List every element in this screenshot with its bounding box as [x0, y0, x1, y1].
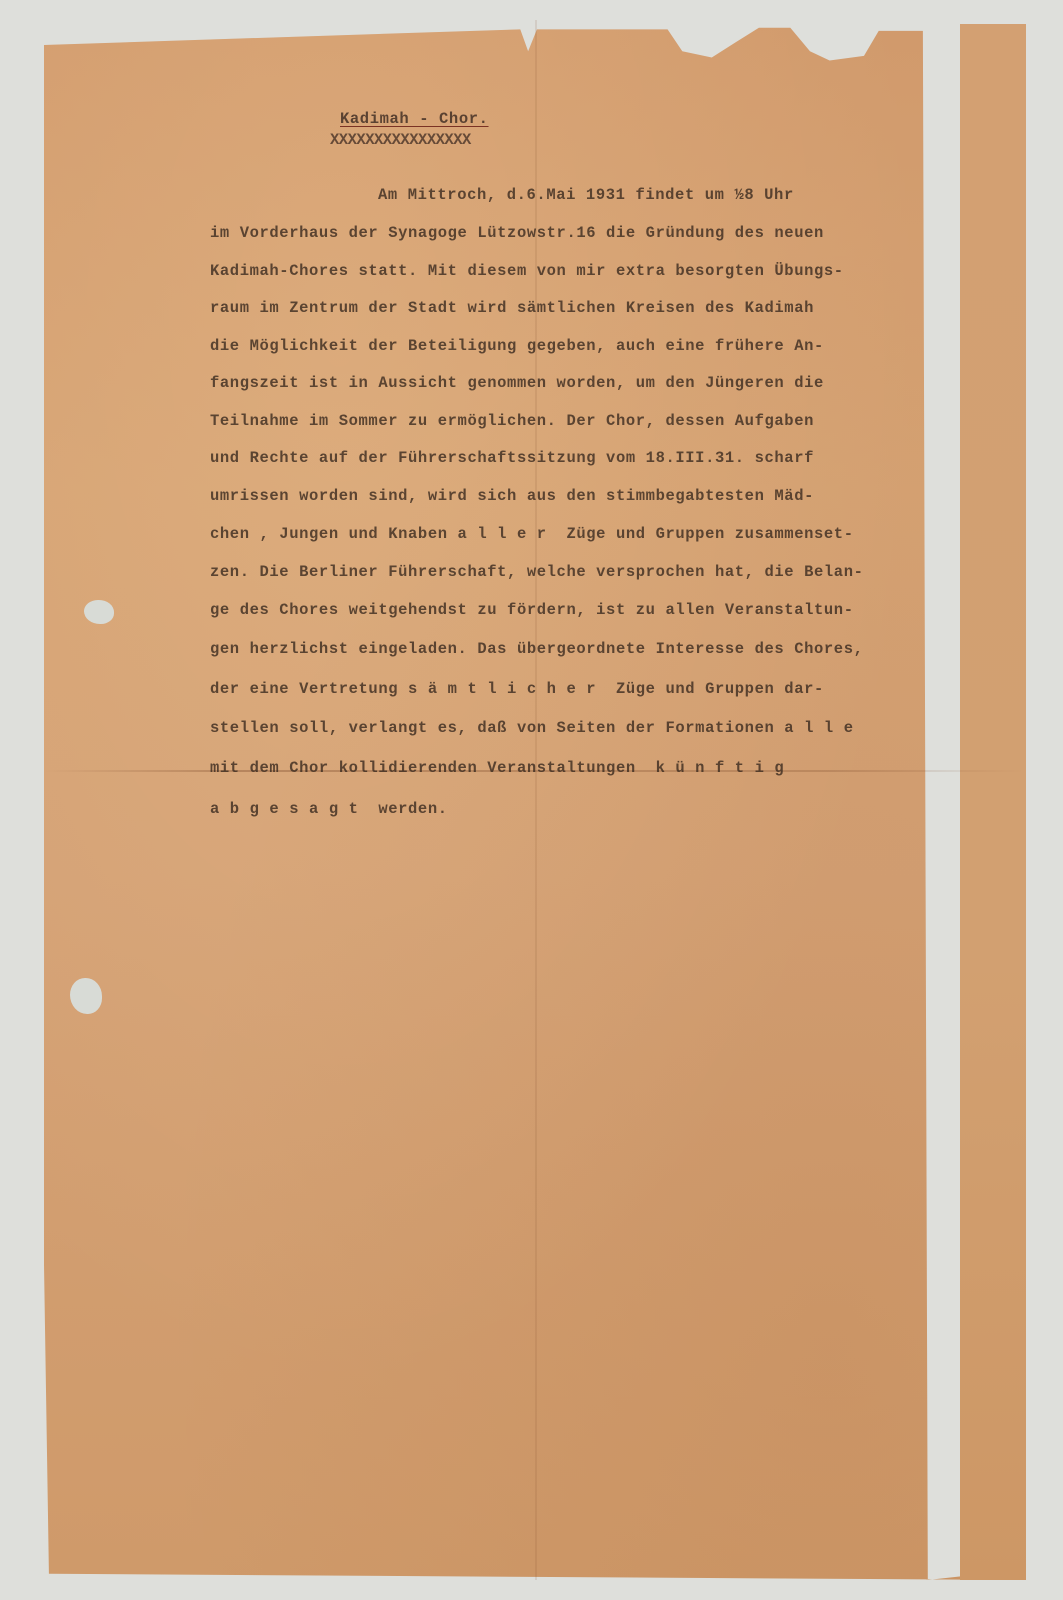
body-line: die Möglichkeit der Beteiligung gegeben,… — [210, 337, 824, 355]
body-line: der eine Vertretung s ä m t l i c h e r … — [210, 680, 824, 698]
typewritten-document: Kadimah - Chor. XXXXXXXXXXXXXXXX Am Mitt… — [0, 0, 1063, 1600]
body-line: raum im Zentrum der Stadt wird sämtliche… — [210, 299, 814, 317]
title-strikeout-row: XXXXXXXXXXXXXXXX — [330, 131, 471, 149]
body-line: im Vorderhaus der Synagoge Lützowstr.16 … — [210, 224, 824, 242]
body-line: zen. Die Berliner Führerschaft, welche v… — [210, 563, 864, 581]
body-line: Kadimah-Chores statt. Mit diesem von mir… — [210, 262, 844, 280]
body-line: gen herzlichst eingeladen. Das übergeord… — [210, 640, 864, 658]
body-line: stellen soll, verlangt es, daß von Seite… — [210, 719, 854, 737]
body-line: Am Mittroch, d.6.Mai 1931 findet um ½8 U… — [378, 186, 794, 204]
body-line: umrissen worden sind, wird sich aus den … — [210, 487, 814, 505]
body-line: ge des Chores weitgehendst zu fördern, i… — [210, 601, 854, 619]
body-line: mit dem Chor kollidierenden Veranstaltun… — [210, 759, 784, 777]
body-line: chen , Jungen und Knaben a l l e r Züge … — [210, 525, 854, 543]
body-line: und Rechte auf der Führerschaftssitzung … — [210, 449, 814, 467]
body-line: fangszeit ist in Aussicht genommen worde… — [210, 374, 824, 392]
body-line: Teilnahme im Sommer zu ermöglichen. Der … — [210, 412, 814, 430]
body-line: a b g e s a g t werden. — [210, 800, 448, 818]
document-title: Kadimah - Chor. — [340, 110, 489, 128]
